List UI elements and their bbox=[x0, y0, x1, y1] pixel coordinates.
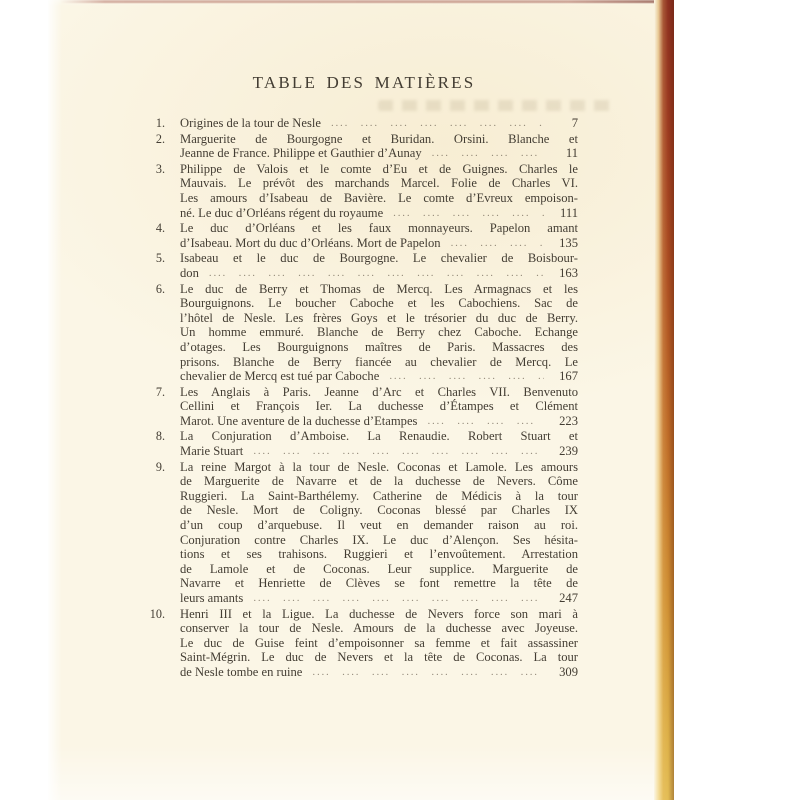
toc-entry-number: 8. bbox=[156, 429, 165, 444]
toc-page-number: 247 bbox=[552, 591, 578, 606]
toc-line: de Lamole et de Coconas. Leur supplice. … bbox=[180, 562, 578, 577]
dot-leader: .... .... .... .... .... .... .... .... … bbox=[253, 591, 544, 606]
toc-entry-body: La reine Margot à la tour de Nesle. Coco… bbox=[180, 460, 578, 607]
toc-line: Un homme emmuré. Blanche de Berry chez C… bbox=[180, 325, 578, 340]
show-through-text bbox=[378, 100, 613, 111]
toc-line-last: chevalier de Mercq est tué par Caboche..… bbox=[180, 369, 578, 385]
toc-line: de Marguerite de Navarre et de la duches… bbox=[180, 474, 578, 489]
toc-line-text: Jeanne de France. Philippe et Gauthier d… bbox=[180, 146, 422, 161]
toc-line: Le duc de Guise feint d’empoisonner sa f… bbox=[180, 636, 578, 651]
toc-line: l’hôtel de Nesle. Les frères Goys et le … bbox=[180, 311, 578, 326]
toc-line-last: Origines de la tour de Nesle.... .... ..… bbox=[180, 116, 578, 132]
dot-leader: .... .... .... .... .... .... .... .... … bbox=[209, 266, 544, 281]
toc-page-number: 163 bbox=[552, 266, 578, 281]
toc-entry: 5. Isabeau et le duc de Bourgogne. Le ch… bbox=[180, 251, 578, 281]
toc-page-number: 111 bbox=[552, 206, 578, 221]
toc-entry-number: 4. bbox=[156, 221, 165, 236]
toc-entry-body: Marguerite de Bourgogne et Buridan. Orsi… bbox=[180, 132, 578, 162]
toc-line-last: Marie Stuart.... .... .... .... .... ...… bbox=[180, 444, 578, 460]
dot-leader: .... .... .... .... .... .... .... .... … bbox=[253, 444, 544, 459]
toc-line-text: Marie Stuart bbox=[180, 444, 243, 459]
toc-entry-number: 10. bbox=[150, 607, 165, 622]
toc-line-last: don.... .... .... .... .... .... .... ..… bbox=[180, 266, 578, 282]
toc-line-last: Marot. Une aventure de la duchesse d’Eta… bbox=[180, 414, 578, 430]
toc-entry: 1. Origines de la tour de Nesle.... ....… bbox=[180, 116, 578, 132]
toc-entry: 7. Les Anglais à Paris. Jeanne d’Arc et … bbox=[180, 385, 578, 430]
toc-line-last: Jeanne de France. Philippe et Gauthier d… bbox=[180, 146, 578, 162]
toc-line: Navarre et Henriette de Clèves se font r… bbox=[180, 576, 578, 591]
toc-entry-body: La Conjuration d’Amboise. La Renaudie. R… bbox=[180, 429, 578, 459]
toc-line: Ruggieri. La Saint-Barthélemy. Catherine… bbox=[180, 489, 578, 504]
toc-line: conserver la tour de Nesle. Amours de la… bbox=[180, 621, 578, 636]
toc-entry: 9. La reine Margot à la tour de Nesle. C… bbox=[180, 460, 578, 607]
toc-entry-body: Le duc de Berry et Thomas de Mercq. Les … bbox=[180, 282, 578, 385]
toc-line: Cellini et François Ier. La duchesse d’É… bbox=[180, 399, 578, 414]
toc-line: de Nesle. Mort de Coligny. Coconas bless… bbox=[180, 503, 578, 518]
dot-leader: .... .... .... .... .... .... .... .... … bbox=[331, 116, 544, 131]
toc-line: Saint-Mégrin. Le duc de Nevers et la têt… bbox=[180, 650, 578, 665]
book-scan: TABLE DES MATIÈRES 1. Origines de la tou… bbox=[0, 0, 800, 800]
toc-entry: 2. Marguerite de Bourgogne et Buridan. O… bbox=[180, 132, 578, 162]
toc-page-number: 239 bbox=[552, 444, 578, 459]
toc-line: Les amours d’Isabeau de Bavière. Le comt… bbox=[180, 191, 578, 206]
toc-entry-number: 3. bbox=[156, 162, 165, 177]
toc-entry: 6. Le duc de Berry et Thomas de Mercq. L… bbox=[180, 282, 578, 385]
toc-entry-body: Henri III et la Ligue. La duchesse de Ne… bbox=[180, 607, 578, 681]
toc-entry-number: 7. bbox=[156, 385, 165, 400]
toc-line-text: de Nesle tombe en ruine bbox=[180, 665, 302, 680]
toc-page-number: 167 bbox=[552, 369, 578, 384]
toc-line-last: de Nesle tombe en ruine.... .... .... ..… bbox=[180, 665, 578, 681]
dot-leader: .... .... .... .... .... .... .... .... … bbox=[389, 369, 544, 384]
toc-entry: 10. Henri III et la Ligue. La duchesse d… bbox=[180, 607, 578, 681]
toc-entry-number: 6. bbox=[156, 282, 165, 297]
toc-line-text: Origines de la tour de Nesle bbox=[180, 116, 321, 131]
toc-entry-body: Isabeau et le duc de Bourgogne. Le cheva… bbox=[180, 251, 578, 281]
toc-page-number: 135 bbox=[552, 236, 578, 251]
toc-line-text: chevalier de Mercq est tué par Caboche bbox=[180, 369, 379, 384]
dot-leader: .... .... .... .... .... .... .... .... … bbox=[427, 414, 544, 429]
dot-leader: .... .... .... .... .... .... .... .... … bbox=[432, 146, 544, 161]
dot-leader: .... .... .... .... .... .... .... .... … bbox=[393, 206, 544, 221]
toc-line-last: né. Le duc d’Orléans régent du royaume..… bbox=[180, 206, 578, 222]
toc-line-last: leurs amants.... .... .... .... .... ...… bbox=[180, 591, 578, 607]
toc-page-number: 223 bbox=[552, 414, 578, 429]
toc-line: Henri III et la Ligue. La duchesse de Ne… bbox=[180, 607, 578, 622]
toc-line: prisons. Blanche de Berry fiancée au che… bbox=[180, 355, 578, 370]
toc-line-text: don bbox=[180, 266, 199, 281]
toc-line-last: d’Isabeau. Mort du duc d’Orléans. Mort d… bbox=[180, 236, 578, 252]
toc-entry: 4. Le duc d’Orléans et les faux monnayeu… bbox=[180, 221, 578, 251]
toc-line: La reine Margot à la tour de Nesle. Coco… bbox=[180, 460, 578, 475]
book-cover-right-edge bbox=[654, 0, 674, 800]
toc-line: tions et ses trahisons. Ruggieri et l’en… bbox=[180, 547, 578, 562]
toc-page-number: 7 bbox=[552, 116, 578, 131]
toc-page-number: 309 bbox=[552, 665, 578, 680]
toc-entry-body: Le duc d’Orléans et les faux monnayeurs.… bbox=[180, 221, 578, 251]
toc-line: d’otages. Les Bourguignons maîtres de Pa… bbox=[180, 340, 578, 355]
toc-line-text: Marot. Une aventure de la duchesse d’Eta… bbox=[180, 414, 417, 429]
toc-line: Le duc de Berry et Thomas de Mercq. Les … bbox=[180, 282, 578, 297]
toc-line: La Conjuration d’Amboise. La Renaudie. R… bbox=[180, 429, 578, 444]
toc-line-text: né. Le duc d’Orléans régent du royaume bbox=[180, 206, 383, 221]
toc-line-text: d’Isabeau. Mort du duc d’Orléans. Mort d… bbox=[180, 236, 441, 251]
toc-line: Philippe de Valois et le comte d’Eu et d… bbox=[180, 162, 578, 177]
toc-entry-number: 1. bbox=[156, 116, 165, 131]
toc-entry-body: Philippe de Valois et le comte d’Eu et d… bbox=[180, 162, 578, 221]
toc-line: Marguerite de Bourgogne et Buridan. Orsi… bbox=[180, 132, 578, 147]
toc-line: Les Anglais à Paris. Jeanne d’Arc et Cha… bbox=[180, 385, 578, 400]
toc-entry-number: 2. bbox=[156, 132, 165, 147]
toc-entry-body: Les Anglais à Paris. Jeanne d’Arc et Cha… bbox=[180, 385, 578, 430]
toc-line-text: leurs amants bbox=[180, 591, 243, 606]
toc-line: Bourguignons. Le boucher Caboche et les … bbox=[180, 296, 578, 311]
toc-line: Le duc d’Orléans et les faux monnayeurs.… bbox=[180, 221, 578, 236]
toc-entry-number: 5. bbox=[156, 251, 165, 266]
book-page: TABLE DES MATIÈRES 1. Origines de la tou… bbox=[48, 0, 658, 800]
book-cover-top-edge bbox=[60, 0, 658, 3]
toc-entry: 8. La Conjuration d’Amboise. La Renaudie… bbox=[180, 429, 578, 459]
toc-line: Isabeau et le duc de Bourgogne. Le cheva… bbox=[180, 251, 578, 266]
toc-entry-number: 9. bbox=[156, 460, 165, 475]
dot-leader: .... .... .... .... .... .... .... .... … bbox=[451, 236, 544, 251]
toc-page-number: 11 bbox=[552, 146, 578, 161]
dot-leader: .... .... .... .... .... .... .... .... … bbox=[312, 665, 544, 680]
table-of-contents: 1. Origines de la tour de Nesle.... ....… bbox=[180, 116, 578, 681]
toc-entry-body: Origines de la tour de Nesle.... .... ..… bbox=[180, 116, 578, 132]
toc-entry: 3. Philippe de Valois et le comte d’Eu e… bbox=[180, 162, 578, 221]
page-title: TABLE DES MATIÈRES bbox=[165, 73, 563, 93]
toc-line: Mauvais. Le prévôt des marchands Marcel.… bbox=[180, 176, 578, 191]
toc-line: d’un coup d’arquebuse. Il veut en demand… bbox=[180, 518, 578, 533]
toc-line: Conjuration contre Charles IX. Le duc d’… bbox=[180, 533, 578, 548]
